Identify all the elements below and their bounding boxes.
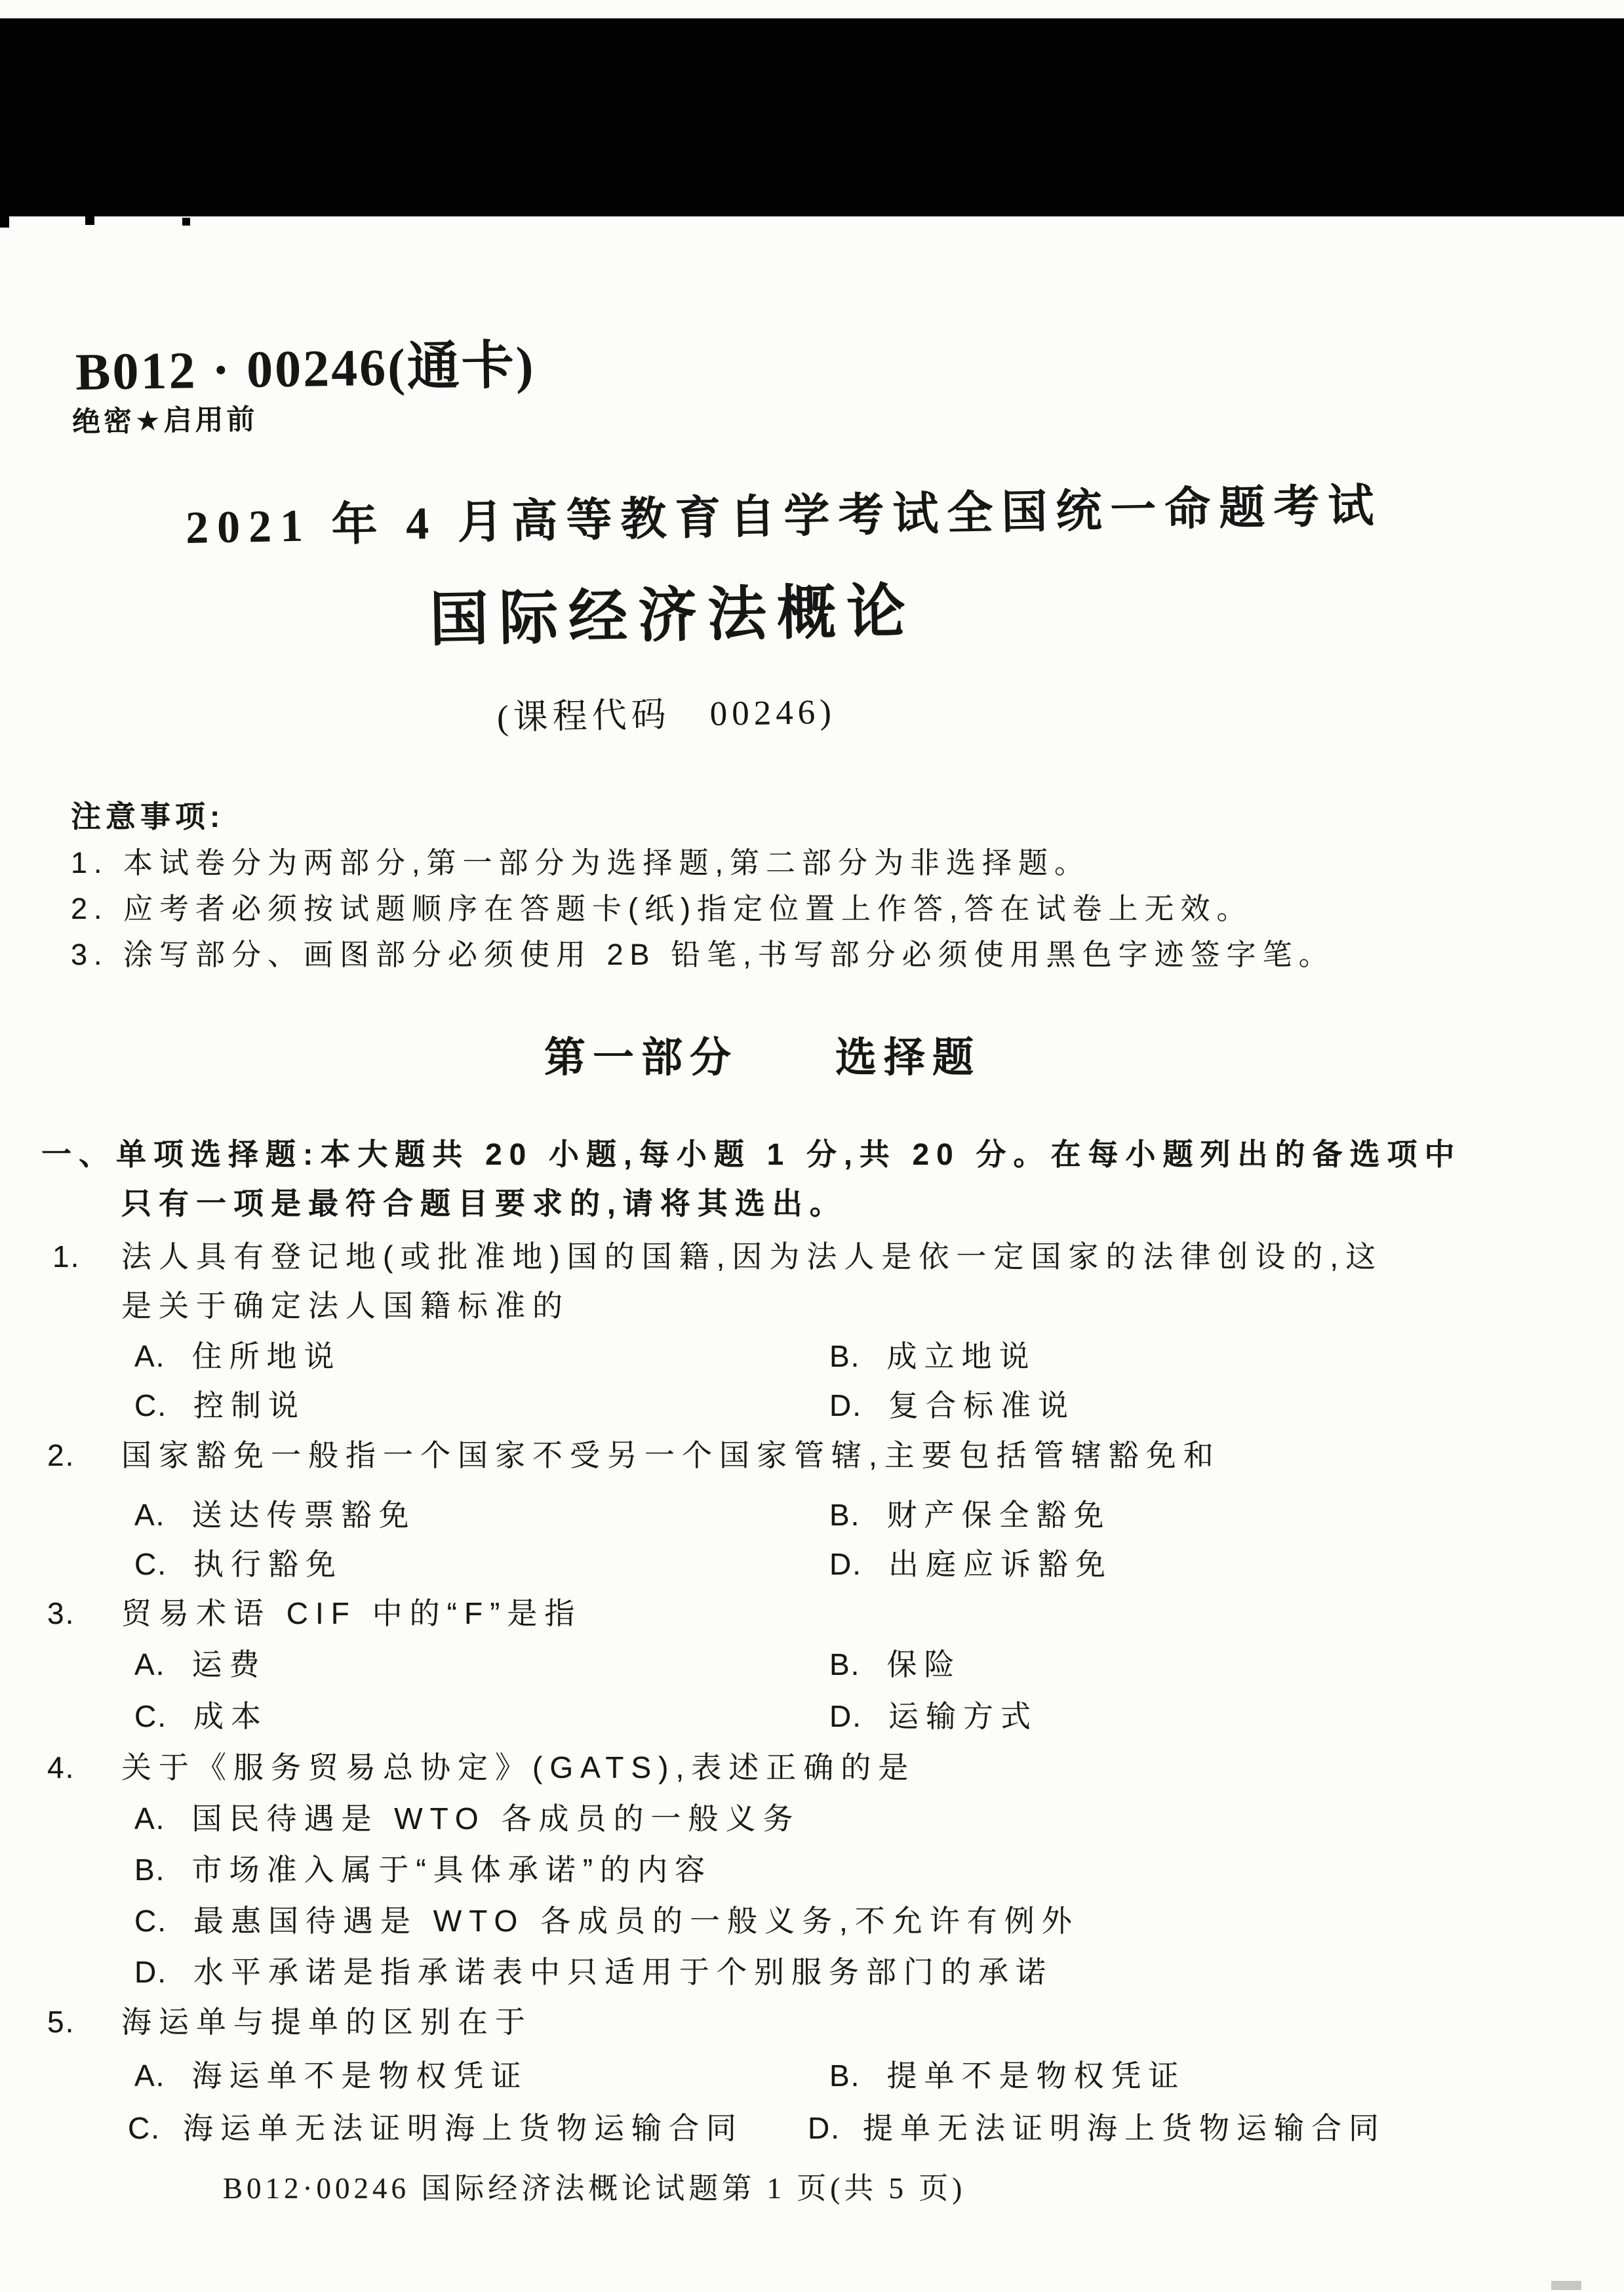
question-5-option-a: A.海运单不是物权凭证 (134, 2061, 528, 2091)
option-c-label: C. (134, 1906, 167, 1936)
question-3-number: 3. (47, 1598, 121, 1628)
question-4-option-d: D.水平承诺是指承诺表中只适用于个别服务部门的承诺 (134, 1957, 1053, 1987)
question-3-line-1: 3.贸易术语 CIF 中的“F”是指 (47, 1598, 582, 1628)
question-4-option-a: A.国民待遇是 WTO 各成员的一般义务 (134, 1803, 801, 1834)
option-d-label: D. (829, 1701, 862, 1731)
option-d-label: D. (829, 1549, 862, 1579)
option-b-label: B. (829, 1500, 860, 1530)
option-a-label: A. (134, 1649, 165, 1679)
option-c-text: 控制说 (193, 1388, 306, 1422)
scan-artifact (1551, 2281, 1581, 2290)
question-2-number: 2. (47, 1440, 121, 1470)
question-5-number: 5. (47, 2007, 121, 2037)
page-footer: B012·00246 国际经济法概论试题第 1 页(共 5 页) (223, 2164, 966, 2207)
option-b-label: B. (829, 1649, 860, 1679)
question-3-text: 贸易术语 CIF 中的“F”是指 (121, 1596, 582, 1630)
option-b-text: 提单不是物权凭证 (886, 2059, 1185, 2093)
question-2-option-b: B.财产保全豁免 (829, 1500, 1111, 1530)
option-a-label: A. (134, 2061, 165, 2091)
option-b-label: B. (829, 2061, 860, 2091)
question-2-text: 国家豁免一般指一个国家不受另一个国家管辖,主要包括管辖豁免和 (121, 1438, 1221, 1472)
question-4-option-c: C.最惠国待遇是 WTO 各成员的一般义务,不允许有例外 (134, 1906, 1079, 1936)
question-5-text: 海运单与提单的区别在于 (121, 2005, 532, 2039)
option-a-text: 运费 (191, 1647, 266, 1681)
secrecy-label: 绝密★启用前 (72, 397, 258, 440)
question-3-option-c: C.成本 (134, 1701, 268, 1731)
question-4-text: 关于《服务贸易总协定》(GATS),表述正确的是 (121, 1750, 915, 1784)
paper-code: B012 · 00246(通卡) (75, 323, 536, 405)
question-2-option-a: A.送达传票豁免 (134, 1500, 416, 1530)
option-a-text: 海运单不是物权凭证 (191, 2059, 528, 2093)
option-a-label: A. (134, 1803, 165, 1834)
question-2-line-1: 2.国家豁免一般指一个国家不受另一个国家管辖,主要包括管辖豁免和 (47, 1440, 1221, 1470)
notice-heading: 注意事项: (71, 801, 224, 832)
question-1-number: 1. (52, 1241, 121, 1272)
scan-artifact (85, 216, 94, 225)
question-2-option-c: C.执行豁免 (134, 1549, 343, 1579)
option-d-text: 水平承诺是指承诺表中只适用于个别服务部门的承诺 (193, 1955, 1053, 1989)
exam-paper-page: B012 · 00246(通卡) 绝密★启用前 2021 年 4 月高等教育自学… (0, 0, 1624, 2292)
option-a-text: 国民待遇是 WTO 各成员的一般义务 (191, 1801, 800, 1836)
notice-item-2: 2. 应考者必须按试题顺序在答题卡(纸)指定位置上作答,答在试卷上无效。 (71, 894, 1253, 923)
question-4-line-1: 4.关于《服务贸易总协定》(GATS),表述正确的是 (47, 1752, 915, 1782)
question-4-option-b: B.市场准入属于“具体承诺”的内容 (134, 1855, 712, 1885)
question-3-option-b: B.保险 (829, 1649, 961, 1679)
section-intro-line-1: 一、单项选择题:本大题共 20 小题,每小题 1 分,共 20 分。在每小题列出… (41, 1139, 1461, 1169)
question-1-text: 法人具有登记地(或批准地)国的国籍,因为法人是依一定国家的法律创设的,这 (121, 1239, 1383, 1274)
option-c-label: C. (134, 1390, 167, 1420)
option-a-label: A. (134, 1341, 165, 1371)
option-b-label: B. (134, 1855, 165, 1885)
section-intro-line-2: 只有一项是最符合题目要求的,请将其选出。 (121, 1188, 847, 1218)
question-2-option-d: D.出庭应诉豁免 (829, 1549, 1113, 1579)
part-heading: 第一部分 选择题 (544, 1037, 981, 1079)
question-5-option-d: D.提单无法证明海上货物运输合同 (808, 2113, 1386, 2143)
option-a-text: 送达传票豁免 (191, 1498, 416, 1532)
notice-item-1: 1. 本试卷分为两部分,第一部分为选择题,第二部分为非选择题。 (71, 848, 1090, 877)
question-5-line-1: 5.海运单与提单的区别在于 (47, 2007, 532, 2037)
question-3-option-d: D.运输方式 (829, 1701, 1038, 1731)
scan-artifact (182, 218, 190, 226)
option-d-label: D. (808, 2113, 841, 2143)
question-4-number: 4. (47, 1752, 121, 1782)
option-c-label: C. (128, 2113, 161, 2143)
option-b-text: 财产保全豁免 (886, 1498, 1111, 1532)
option-b-text: 市场准入属于“具体承诺”的内容 (191, 1853, 712, 1887)
option-d-text: 提单无法证明海上货物运输合同 (863, 2111, 1386, 2145)
question-1-option-b: B.成立地说 (829, 1341, 1036, 1371)
scan-artifact (0, 216, 9, 228)
option-c-text: 成本 (193, 1699, 268, 1733)
question-5-option-c: C.海运单无法证明海上货物运输合同 (128, 2113, 743, 2143)
option-c-text: 海运单无法证明海上货物运输合同 (183, 2111, 743, 2145)
option-d-label: D. (829, 1390, 862, 1420)
option-c-label: C. (134, 1549, 167, 1579)
question-3-option-a: A.运费 (134, 1649, 266, 1679)
option-b-label: B. (829, 1341, 860, 1371)
option-d-text: 运输方式 (888, 1699, 1038, 1733)
notice-item-3: 3. 涂写部分、画图部分必须使用 2B 铅笔,书写部分必须使用黑色字迹签字笔。 (71, 940, 1335, 969)
option-c-text: 最惠国待遇是 WTO 各成员的一般义务,不允许有例外 (193, 1904, 1079, 1938)
question-1-option-d: D.复合标准说 (829, 1390, 1075, 1420)
option-a-label: A. (134, 1500, 165, 1530)
option-a-text: 住所地说 (191, 1339, 341, 1373)
question-1-line-2: 是关于确定法人国籍标准的 (121, 1291, 570, 1321)
option-c-text: 执行豁免 (193, 1547, 343, 1581)
option-d-text: 出庭应诉豁免 (888, 1547, 1113, 1581)
option-b-text: 成立地说 (886, 1339, 1036, 1373)
question-1-option-c: C.控制说 (134, 1390, 306, 1420)
exam-session-title: 2021 年 4 月高等教育自学考试全国统一命题考试 (185, 469, 1383, 557)
question-1-line-1: 1.法人具有登记地(或批准地)国的国籍,因为法人是依一定国家的法律创设的,这 (52, 1241, 1383, 1272)
question-1-option-a: A.住所地说 (134, 1341, 341, 1371)
option-c-label: C. (134, 1701, 167, 1731)
option-d-label: D. (134, 1957, 167, 1987)
scan-black-bar (0, 18, 1624, 216)
course-code: (课程代码 00246) (496, 684, 836, 740)
question-5-option-b: B.提单不是物权凭证 (829, 2061, 1185, 2091)
option-d-text: 复合标准说 (888, 1388, 1075, 1422)
exam-title: 国际经济法概论 (429, 563, 917, 657)
option-b-text: 保险 (886, 1647, 961, 1681)
